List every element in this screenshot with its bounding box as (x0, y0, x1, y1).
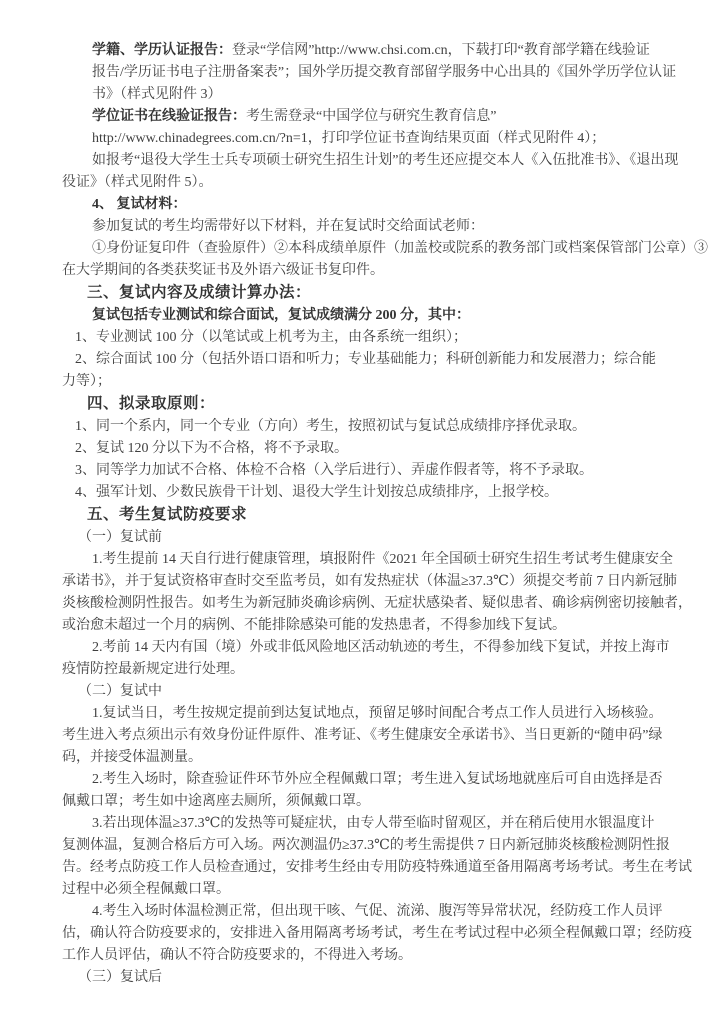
doc-line: 估，确认符合防疫要求的，安排进入备用隔离考场考试，考生在考试过程中必须全程佩戴口… (62, 923, 668, 945)
doc-line-materials-list: ①身份证复印件（查验原件）②本科成绩单原件（加盖校或院系的教务部门或档案保管部门… (62, 238, 668, 260)
doc-line: 1.考生提前 14 天自行进行健康管理，填报附件《2021 年全国硕士研究生招生… (62, 549, 668, 571)
doc-line: 3.若出现体温≥37.3℃的发热等可疑症状，由专人带至临时留观区，并在稍后使用水… (62, 813, 668, 835)
doc-line: 过程中必须全程佩戴口罩。 (62, 879, 668, 901)
doc-line-list-item: 4、强军计划、少数民族骨干计划、退役大学生计划按总成绩排序，上报学校。 (62, 482, 668, 504)
doc-line: 佩戴口罩；考生如中途离座去厕所，须佩戴口罩。 (62, 791, 668, 813)
doc-line: 书》（样式见附件 3） (62, 84, 668, 106)
doc-line: 承诺书》，并于复试资格审查时交至监考员，如有发热症状（体温≥37.3℃）须提交考… (62, 571, 668, 593)
document-page: 学籍、学历认证报告：登录“学信网”http://www.chsi.com.cn，… (0, 0, 724, 1024)
doc-line: 2.考生入场时，除查验证件环节外应全程佩戴口罩；考生进入复试场地就座后可自由选择… (62, 769, 668, 791)
subheading-before-retest: （一）复试前 (62, 527, 668, 549)
doc-line: 工作人员评估，确认不符合防疫要求的，不得进入考场。 (62, 945, 668, 967)
doc-line: 报告/学历证书电子注册备案表”；国外学历提交教育部留学服务中心出具的《国外学历学… (62, 62, 668, 84)
doc-line: 考生进入考点须出示有效身份证件原件、准考证、《考生健康安全承诺书》、当日更新的“… (62, 725, 668, 747)
doc-line: 如报考“退役大学生士兵专项硕士研究生招生计划”的考生还应提交本人《入伍批准书》、… (62, 150, 668, 172)
doc-line-list-item: 3、同等学力加试不合格、体检不合格（入学后进行）、弄虚作假者等，将不予录取。 (62, 460, 668, 482)
doc-line: 4.考生入场时体温检测正常，但出现干咳、气促、流涕、腹泻等异常状况，经防疫工作人… (62, 901, 668, 923)
doc-line: 在大学期间的各类获奖证书及外语六级证书复印件。 (62, 260, 668, 282)
doc-line: 力等）； (62, 371, 668, 393)
doc-line-list-item: 1、专业测试 100 分（以笔试或上机考为主，由各系统一组织）； (62, 327, 668, 349)
heading-section-4: 四、拟录取原则： (62, 393, 668, 416)
doc-line-score-summary: 复试包括专业测试和综合面试，复试成绩满分 200 分，其中： (62, 305, 668, 327)
heading-section-3: 三、复试内容及成绩计算办法： (62, 282, 668, 305)
subheading-during-retest: （二）复试中 (62, 681, 668, 703)
doc-line-url: http://www.chinadegrees.com.cn/?n=1，打印学位… (62, 128, 668, 150)
doc-line-credential-report: 学籍、学历认证报告：登录“学信网”http://www.chsi.com.cn，… (62, 40, 668, 62)
subheading-after-retest: （三）复试后 (62, 967, 668, 989)
doc-line: 2.考前 14 天内有国（境）外或非低风险地区活动轨迹的考生，不得参加线下复试，… (62, 637, 668, 659)
doc-line-list-item: 2、综合面试 100 分（包括外语口语和听力；专业基础能力；科研创新能力和发展潜… (62, 349, 668, 371)
heading-section-5: 五、考生复试防疫要求 (62, 504, 668, 527)
doc-line: 役证》（样式见附件 5）。 (62, 172, 668, 194)
doc-line: 告。经考点防疫工作人员检查通过，安排考生经由专用防疫特殊通道至备用隔离考场考试。… (62, 857, 668, 879)
doc-line: 疫情防控最新规定进行处理。 (62, 659, 668, 681)
doc-line-list-item: 2、复试 120 分以下为不合格，将不予录取。 (62, 438, 668, 460)
doc-line-degree-report: 学位证书在线验证报告：考生需登录“中国学位与研究生教育信息” (62, 106, 668, 128)
doc-line: 复测体温，复测合格后方可入场。两次测温仍≥37.3℃的考生需提供 7 日内新冠肺… (62, 835, 668, 857)
doc-line: 或治愈未超过一个月的病例、不能排除感染可能的发热患者，不得参加线下复试。 (62, 615, 668, 637)
doc-line-list-item: 1、同一个系内，同一个专业（方向）考生，按照初试与复试总成绩排序择优录取。 (62, 416, 668, 438)
heading-retest-materials: 4、 复试材料： (62, 194, 668, 216)
doc-line: 码，并接受体温测量。 (62, 747, 668, 769)
doc-body: 学籍、学历认证报告：登录“学信网”http://www.chsi.com.cn，… (0, 0, 668, 989)
doc-line: 1.复试当日，考生按规定提前到达复试地点，预留足够时间配合考点工作人员进行入场核… (62, 703, 668, 725)
doc-line: 炎核酸检测阴性报告。如考生为新冠肺炎确诊病例、无症状感染者、疑似患者、确诊病例密… (62, 593, 668, 615)
doc-line: 参加复试的考生均需带好以下材料，并在复试时交给面试老师： (62, 216, 668, 238)
